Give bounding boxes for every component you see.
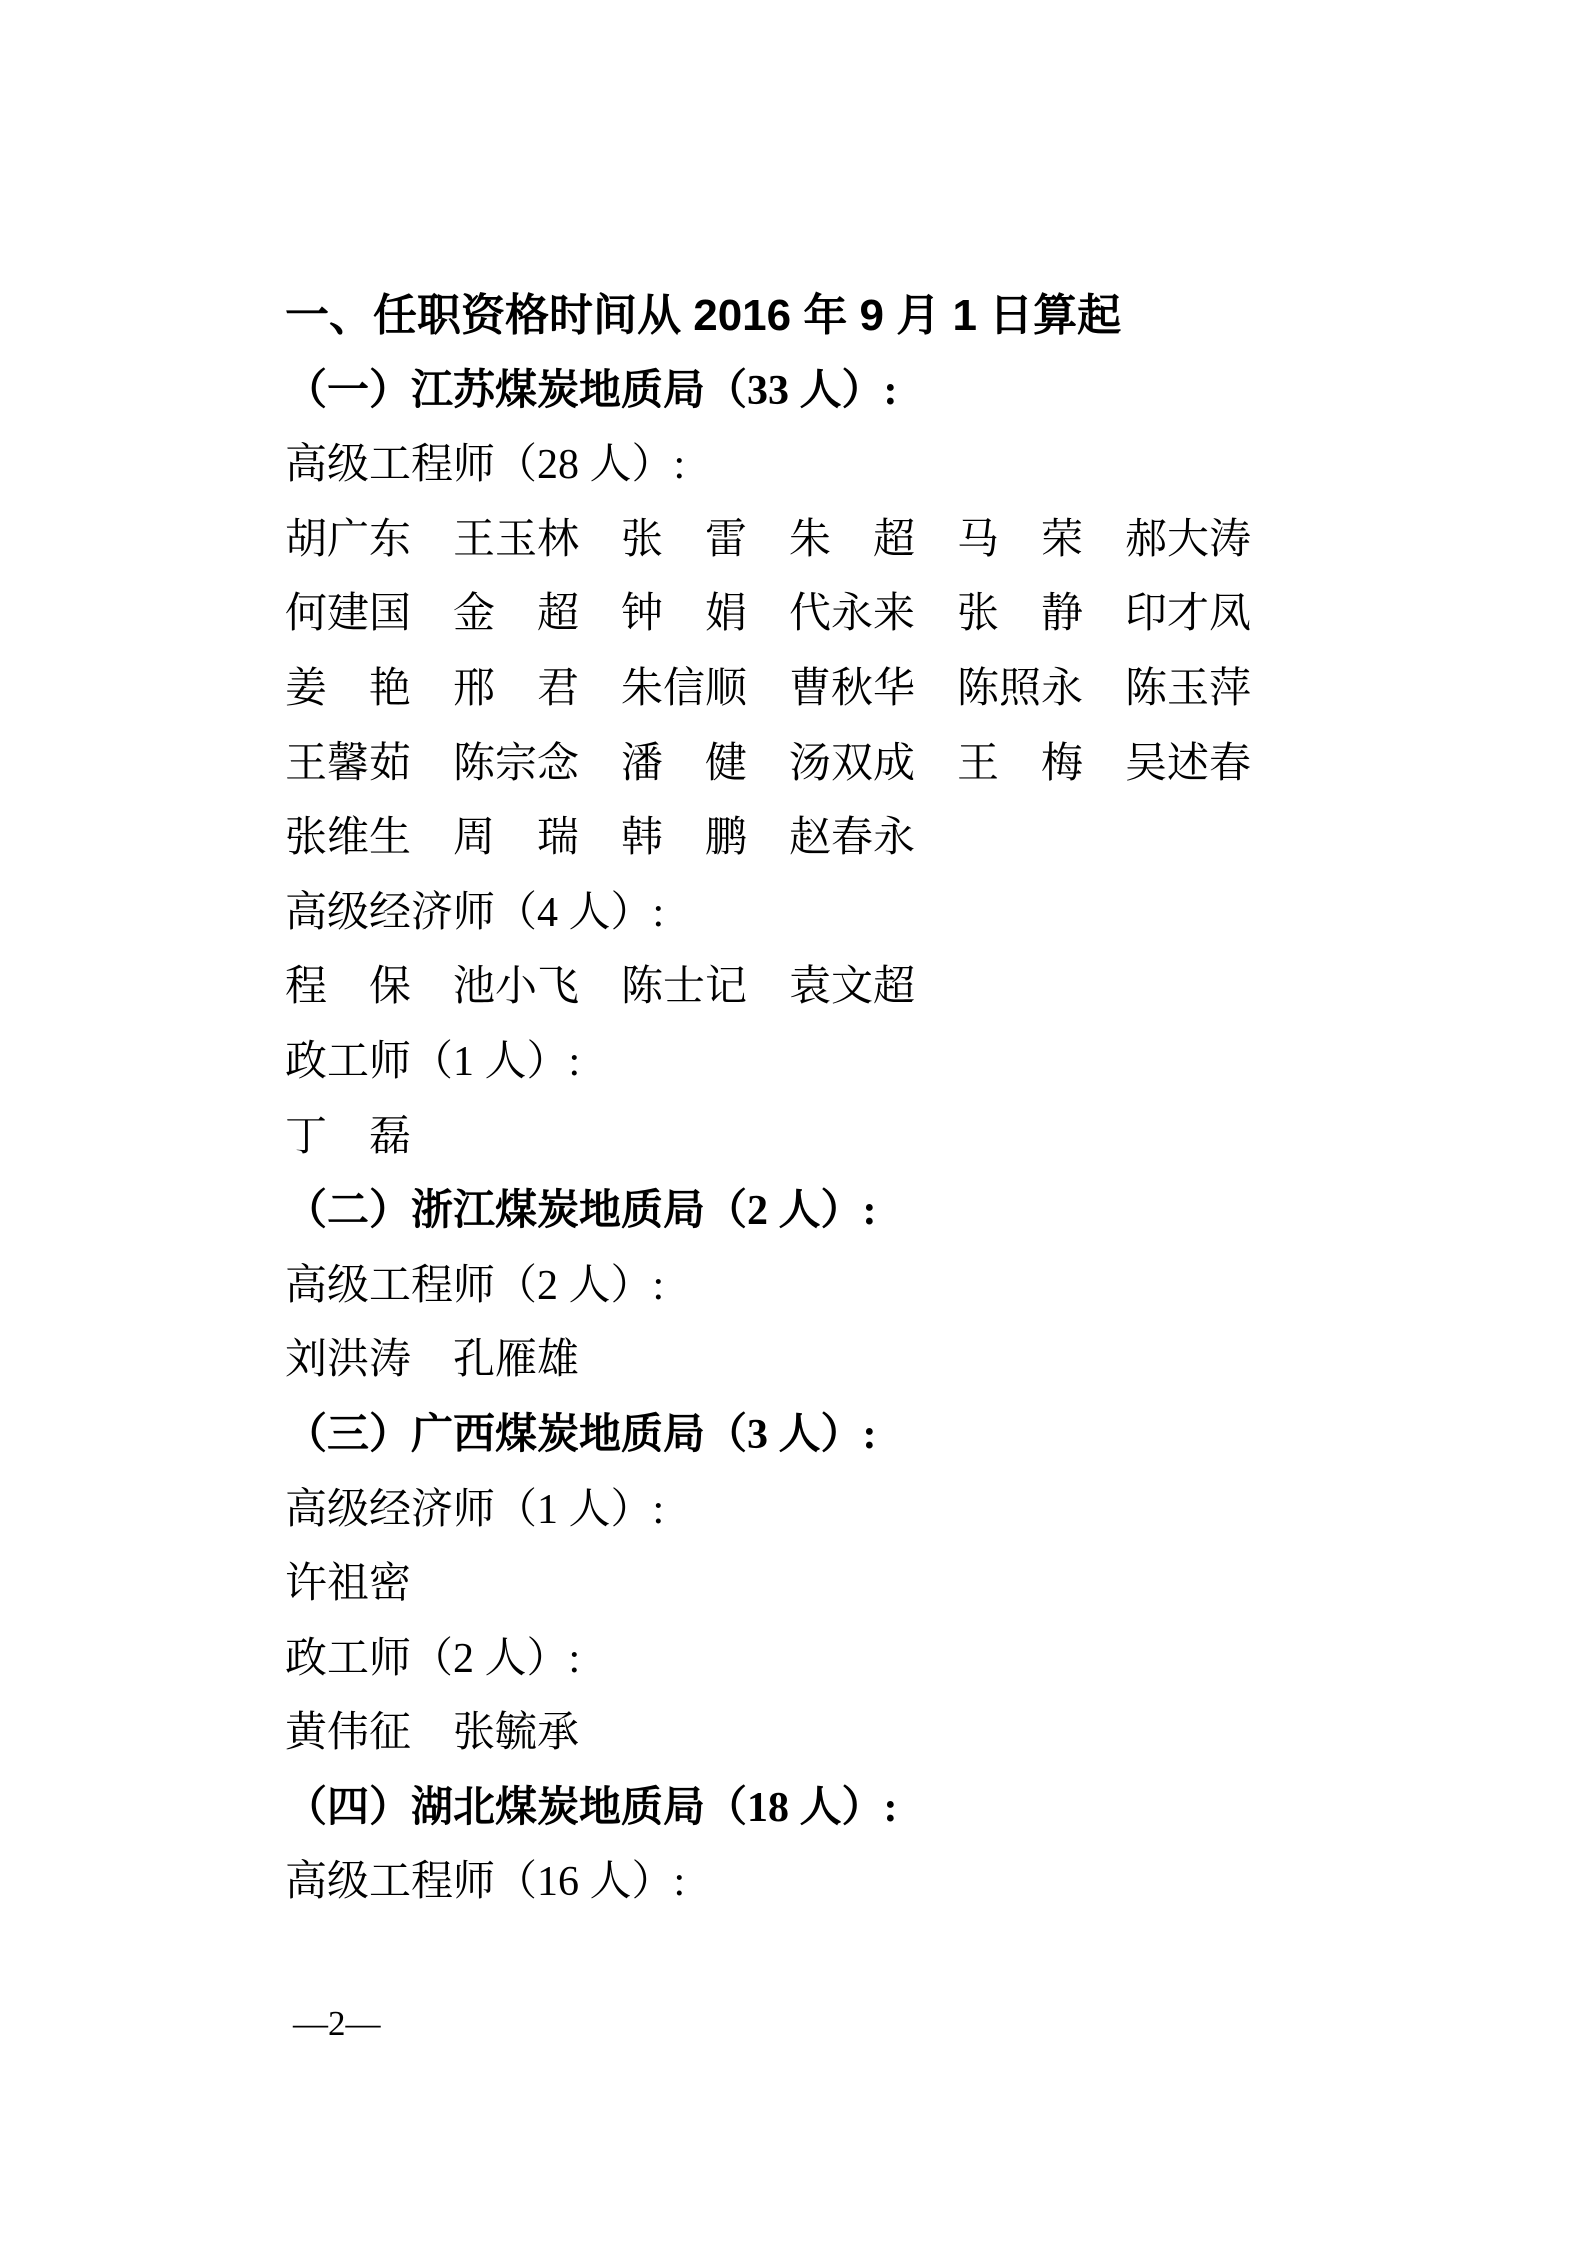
role-heading: 高级工程师（28 人）: bbox=[285, 428, 1345, 503]
document-body: 一、任职资格时间从 2016 年 9 月 1 日算起（一）江苏煤炭地质局（33 … bbox=[285, 279, 1345, 1920]
section-heading: （一）江苏煤炭地质局（33 人）: bbox=[285, 354, 1345, 429]
document-page: 一、任职资格时间从 2016 年 9 月 1 日算起（一）江苏煤炭地质局（33 … bbox=[0, 0, 1587, 2245]
name-row: 王馨茹 陈宗念 潘 健 汤双成 王 梅 吴述春 bbox=[285, 727, 1345, 802]
section-heading: （四）湖北煤炭地质局（18 人）: bbox=[285, 1771, 1345, 1846]
role-heading: 高级工程师（2 人）: bbox=[285, 1249, 1345, 1324]
main-heading: 一、任职资格时间从 2016 年 9 月 1 日算起 bbox=[285, 279, 1345, 354]
name-row: 胡广东 王玉林 张 雷 朱 超 马 荣 郝大涛 bbox=[285, 503, 1345, 578]
name-row: 丁 磊 bbox=[285, 1100, 1345, 1175]
name-row: 程 保 池小飞 陈士记 袁文超 bbox=[285, 950, 1345, 1025]
role-heading: 高级经济师（4 人）: bbox=[285, 876, 1345, 951]
name-row: 许祖密 bbox=[285, 1547, 1345, 1622]
role-heading: 政工师（1 人）: bbox=[285, 1025, 1345, 1100]
name-row: 刘洪涛 孔雁雄 bbox=[285, 1323, 1345, 1398]
name-row: 姜 艳 邢 君 朱信顺 曹秋华 陈照永 陈玉萍 bbox=[285, 652, 1345, 727]
section-heading: （二）浙江煤炭地质局（2 人）: bbox=[285, 1174, 1345, 1249]
role-heading: 政工师（2 人）: bbox=[285, 1622, 1345, 1697]
name-row: 何建国 金 超 钟 娟 代永来 张 静 印才凤 bbox=[285, 577, 1345, 652]
role-heading: 高级工程师（16 人）: bbox=[285, 1845, 1345, 1920]
role-heading: 高级经济师（1 人）: bbox=[285, 1473, 1345, 1548]
name-row: 黄伟征 张毓承 bbox=[285, 1696, 1345, 1771]
name-row: 张维生 周 瑞 韩 鹏 赵春永 bbox=[285, 801, 1345, 876]
page-number: —2— bbox=[293, 2003, 381, 2045]
section-heading: （三）广西煤炭地质局（3 人）: bbox=[285, 1398, 1345, 1473]
